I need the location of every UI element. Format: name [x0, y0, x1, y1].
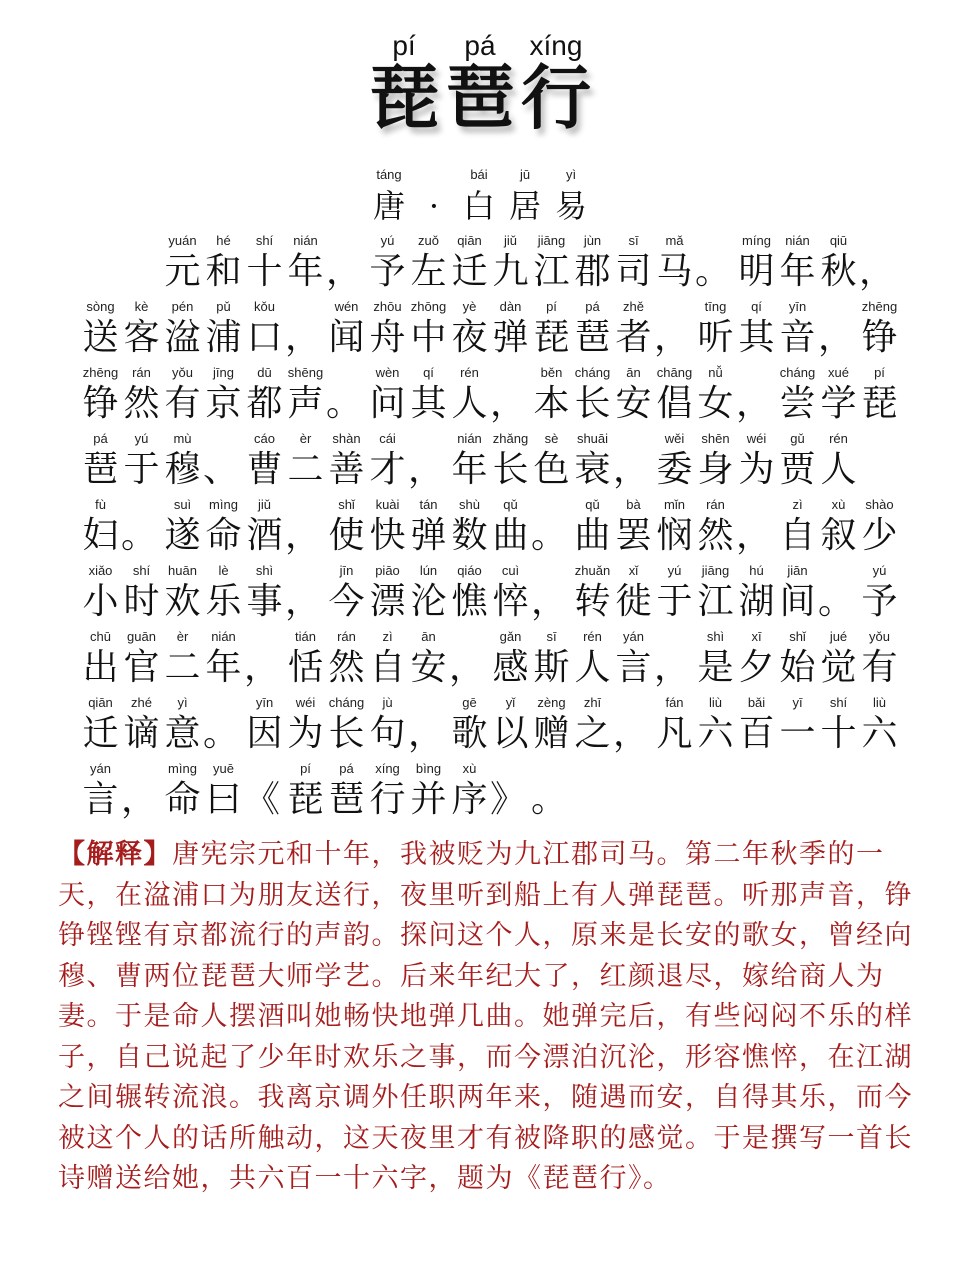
punctuation: ， [285, 562, 326, 628]
ruby-char: rén人 [572, 628, 613, 694]
punctuation: ， [326, 232, 367, 298]
ruby-char: míng明 [736, 232, 777, 298]
ruby-char: ān安 [408, 628, 449, 694]
punctuation: ， [736, 496, 777, 562]
ruby-char: pí琵 [285, 760, 326, 826]
punctuation: ， [613, 430, 654, 496]
preface-line: pá琶yú于mù穆、cáo曹èr二shàn善cái才，nián年zhǎng长sè… [80, 430, 900, 496]
ruby-char: ān安 [613, 364, 654, 430]
ruby-char: qǔ曲 [572, 496, 613, 562]
title-char-1: 琵 [366, 58, 442, 138]
ruby-char: běn本 [531, 364, 572, 430]
ruby-char: tán弹 [408, 496, 449, 562]
punctuation: ， [244, 628, 285, 694]
ruby-char: cháng尝 [777, 364, 818, 430]
ruby-char: jiāng江 [531, 232, 572, 298]
ruby-char: xíng行 [367, 760, 408, 826]
ruby-char: cháng长 [572, 364, 613, 430]
ruby-char: yán言 [613, 628, 654, 694]
ruby-char: zhēng铮 [859, 298, 900, 364]
ruby-char: nián年 [449, 430, 490, 496]
punctuation: ， [531, 562, 572, 628]
ruby-char: zhōng中 [408, 298, 449, 364]
ruby-char: yī一 [777, 694, 818, 760]
ruby-char: zhě者 [613, 298, 654, 364]
ruby-char: jùn郡 [572, 232, 613, 298]
ruby-char: zhé谪 [121, 694, 162, 760]
punctuation: ， [736, 364, 777, 430]
ruby-char: shǐ使 [326, 496, 367, 562]
ruby-char: sī司 [613, 232, 654, 298]
ruby-char: huān欢 [162, 562, 203, 628]
ruby-char: gē歌 [449, 694, 490, 760]
punctuation: ， [285, 496, 326, 562]
ruby-char: zuǒ左 [408, 232, 449, 298]
preface-line: zhēng铮rán然yǒu有jīng京dū都shēng声。wèn问qí其rén人… [80, 364, 900, 430]
ruby-char: wèn问 [367, 364, 408, 430]
ruby-char: èr二 [162, 628, 203, 694]
ruby-char: yú于 [654, 562, 695, 628]
title-char-2: 琶 [442, 58, 518, 138]
ruby-char: gǔ贾 [777, 430, 818, 496]
ruby-char: pí琵 [859, 364, 900, 430]
punctuation: ， [449, 628, 490, 694]
ruby-char: kuài快 [367, 496, 408, 562]
ruby-char: fù妇 [80, 496, 121, 562]
ruby-char: nián年 [203, 628, 244, 694]
ruby-char: suì遂 [162, 496, 203, 562]
ruby-char: yán言 [80, 760, 121, 826]
ruby-char: mìng命 [162, 760, 203, 826]
author-char: bái白 [456, 166, 502, 228]
ruby-char: nǚ女 [695, 364, 736, 430]
ruby-char: shào少 [859, 496, 900, 562]
punctuation: ， [654, 298, 695, 364]
ruby-char: shēng声 [285, 364, 326, 430]
ruby-char: zhēng铮 [80, 364, 121, 430]
ruby-char: chū出 [80, 628, 121, 694]
poem-title: pí pá xíng 琵 琶 行 [0, 30, 960, 138]
punctuation: ， [613, 694, 654, 760]
ruby-char: shù数 [449, 496, 490, 562]
ruby-char: kǒu口 [244, 298, 285, 364]
ruby-char: xī夕 [736, 628, 777, 694]
ruby-char: xǐ徙 [613, 562, 654, 628]
punctuation [121, 232, 162, 298]
ruby-char: zì自 [367, 628, 408, 694]
ruby-char: èr二 [285, 430, 326, 496]
ruby-char: jīn今 [326, 562, 367, 628]
ruby-char: mǐn悯 [654, 496, 695, 562]
ruby-char: mù穆 [162, 430, 203, 496]
ruby-char: yīn音 [777, 298, 818, 364]
ruby-char: shàn善 [326, 430, 367, 496]
punctuation: ， [285, 298, 326, 364]
ruby-char: xù序 [449, 760, 490, 826]
author-char: táng唐 [366, 166, 412, 228]
explanation-tag: 【解释】 [58, 839, 172, 870]
explanation-block: 【解释】唐宪宗元和十年，我被贬为九江郡司马。第二年秋季的一天，在湓浦口为朋友送行… [58, 835, 928, 1200]
ruby-char: jiāng江 [695, 562, 736, 628]
author-char: yì易 [548, 166, 594, 228]
punctuation [859, 430, 900, 496]
punctuation: 。 [203, 694, 244, 760]
ruby-char: cuì悴 [490, 562, 531, 628]
ruby-char: nián年 [777, 232, 818, 298]
preface-line: qiān迁zhé谪yì意。yīn因wéi为cháng长jù句，gē歌yǐ以zèn… [80, 694, 900, 760]
ruby-char: xù叙 [818, 496, 859, 562]
punctuation: 。 [531, 496, 572, 562]
punctuation: 》 [490, 760, 531, 826]
ruby-char: yú于 [121, 430, 162, 496]
punctuation: ， [490, 364, 531, 430]
ruby-char: cái才 [367, 430, 408, 496]
ruby-char: bà罢 [613, 496, 654, 562]
ruby-char: liù六 [695, 694, 736, 760]
ruby-char: yú予 [859, 562, 900, 628]
ruby-char: yuē曰 [203, 760, 244, 826]
punctuation: ， [859, 232, 900, 298]
punctuation: 《 [244, 760, 285, 826]
ruby-char: wén闻 [326, 298, 367, 364]
ruby-char: dàn弹 [490, 298, 531, 364]
punctuation: 。 [818, 562, 859, 628]
ruby-char: bǎi百 [736, 694, 777, 760]
ruby-char: guān官 [121, 628, 162, 694]
ruby-char: xué学 [818, 364, 859, 430]
preface-line: yuán元hé和shí十nián年，yú予zuǒ左qiān迁jiǔ九jiāng江… [80, 232, 900, 298]
ruby-char: yīn因 [244, 694, 285, 760]
ruby-char: yì意 [162, 694, 203, 760]
punctuation [80, 232, 121, 298]
ruby-char: zèng赠 [531, 694, 572, 760]
ruby-char: sī斯 [531, 628, 572, 694]
author-line: táng唐 · bái白 jū居 yì易 [0, 166, 960, 228]
ruby-char: qiū秋 [818, 232, 859, 298]
ruby-char: rán然 [695, 496, 736, 562]
ruby-char: qiān迁 [80, 694, 121, 760]
ruby-char: tián恬 [285, 628, 326, 694]
ruby-char: lè乐 [203, 562, 244, 628]
preface-line: sòng送kè客pén湓pǔ浦kǒu口，wén闻zhōu舟zhōng中yè夜dà… [80, 298, 900, 364]
ruby-char: shì是 [695, 628, 736, 694]
punctuation: ， [818, 298, 859, 364]
ruby-char: yuán元 [162, 232, 203, 298]
ruby-char: yè夜 [449, 298, 490, 364]
ruby-char: qiáo憔 [449, 562, 490, 628]
ruby-char: wěi委 [654, 430, 695, 496]
ruby-char: rán然 [121, 364, 162, 430]
punctuation: ， [121, 760, 162, 826]
explanation-text: 唐宪宗元和十年，我被贬为九江郡司马。第二年秋季的一天，在湓浦口为朋友送行，夜里听… [58, 839, 913, 1194]
ruby-char: shí十 [818, 694, 859, 760]
ruby-char: qí其 [736, 298, 777, 364]
ruby-char: wéi为 [285, 694, 326, 760]
ruby-char: yú予 [367, 232, 408, 298]
ruby-char: mǎ马 [654, 232, 695, 298]
ruby-char: rén人 [818, 430, 859, 496]
preface-line: fù妇。suì遂mìng命jiǔ酒，shǐ使kuài快tán弹shù数qǔ曲。q… [80, 496, 900, 562]
preface-line: yán言，mìng命yuē曰《pí琵pá琶xíng行bìng并xù序》。 [80, 760, 900, 826]
ruby-char: jiǔ酒 [244, 496, 285, 562]
ruby-char: rén人 [449, 364, 490, 430]
ruby-char: pá琶 [326, 760, 367, 826]
ruby-char: rán然 [326, 628, 367, 694]
ruby-char: kè客 [121, 298, 162, 364]
ruby-char: qǔ曲 [490, 496, 531, 562]
ruby-char: zhī之 [572, 694, 613, 760]
punctuation: 、 [203, 430, 244, 496]
punctuation: ， [654, 628, 695, 694]
ruby-char: piāo漂 [367, 562, 408, 628]
ruby-char: pǔ浦 [203, 298, 244, 364]
punctuation: 。 [695, 232, 736, 298]
preface-line: chū出guān官èr二nián年，tián恬rán然zì自ān安，gǎn感sī… [80, 628, 900, 694]
ruby-char: shí十 [244, 232, 285, 298]
ruby-char: qiān迁 [449, 232, 490, 298]
ruby-char: dū都 [244, 364, 285, 430]
ruby-char: liù六 [859, 694, 900, 760]
ruby-char: yǒu有 [859, 628, 900, 694]
ruby-char: bìng并 [408, 760, 449, 826]
ruby-char: cháng长 [326, 694, 367, 760]
ruby-char: sè色 [531, 430, 572, 496]
ruby-char: cáo曹 [244, 430, 285, 496]
ruby-char: shēn身 [695, 430, 736, 496]
ruby-char: jiǔ九 [490, 232, 531, 298]
ruby-char: gǎn感 [490, 628, 531, 694]
preface-text: yuán元hé和shí十nián年，yú予zuǒ左qiān迁jiǔ九jiāng江… [80, 232, 900, 826]
ruby-char: wéi为 [736, 430, 777, 496]
punctuation: ， [408, 694, 449, 760]
ruby-char: chāng倡 [654, 364, 695, 430]
ruby-char: pí琵 [531, 298, 572, 364]
ruby-char: jù句 [367, 694, 408, 760]
ruby-char: jīng京 [203, 364, 244, 430]
ruby-char: sòng送 [80, 298, 121, 364]
author-separator: · [412, 166, 456, 228]
ruby-char: qí其 [408, 364, 449, 430]
ruby-char: mìng命 [203, 496, 244, 562]
ruby-char: hé和 [203, 232, 244, 298]
ruby-char: xiǎo小 [80, 562, 121, 628]
ruby-char: yǐ以 [490, 694, 531, 760]
punctuation: 。 [326, 364, 367, 430]
ruby-char: zhǎng长 [490, 430, 531, 496]
ruby-char: hú湖 [736, 562, 777, 628]
ruby-char: lún沦 [408, 562, 449, 628]
ruby-char: jiān间 [777, 562, 818, 628]
ruby-char: zhōu舟 [367, 298, 408, 364]
ruby-char: fán凡 [654, 694, 695, 760]
ruby-char: pén湓 [162, 298, 203, 364]
ruby-char: yǒu有 [162, 364, 203, 430]
ruby-char: pá琶 [572, 298, 613, 364]
ruby-char: shuāi衰 [572, 430, 613, 496]
ruby-char: tīng听 [695, 298, 736, 364]
ruby-char: zhuǎn转 [572, 562, 613, 628]
title-characters: 琵 琶 行 [0, 58, 960, 138]
ruby-char: jué觉 [818, 628, 859, 694]
punctuation: ， [408, 430, 449, 496]
ruby-char: pá琶 [80, 430, 121, 496]
punctuation: 。 [531, 760, 572, 826]
ruby-char: shì事 [244, 562, 285, 628]
ruby-char: nián年 [285, 232, 326, 298]
preface-line: xiǎo小shí时huān欢lè乐shì事，jīn今piāo漂lún沦qiáo憔… [80, 562, 900, 628]
ruby-char: shí时 [121, 562, 162, 628]
ruby-char: zì自 [777, 496, 818, 562]
ruby-char: shǐ始 [777, 628, 818, 694]
author-char: jū居 [502, 166, 548, 228]
punctuation: 。 [121, 496, 162, 562]
title-char-3: 行 [518, 58, 594, 138]
